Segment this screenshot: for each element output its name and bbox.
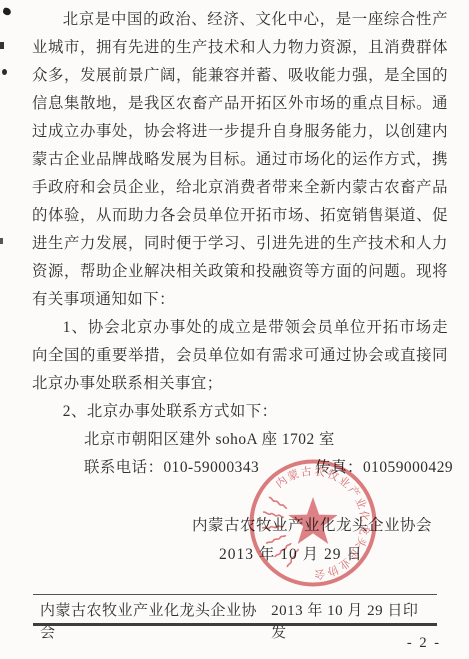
- address-line: 北京市朝阳区建外 sohoA 座 1702 室: [32, 426, 448, 454]
- scan-artifact: [2, 7, 12, 16]
- scan-artifact: [0, 238, 3, 244]
- page-number: - 2 -: [396, 635, 452, 652]
- phone-number: 010-59000343: [163, 459, 259, 476]
- scan-artifact: [2, 69, 7, 75]
- notice-item-1: 1、协会北京办事处的成立是带领会员单位开拓市场走向全国的重要举措，会员单位如有需…: [32, 314, 448, 398]
- seal-mongolian-script: [262, 497, 298, 568]
- footer-rule-bottom: [33, 623, 437, 626]
- contact-line: 联系电话：010-59000343传真：01059000429: [32, 454, 448, 482]
- official-seal: 内蒙古农牧业产业化龙头企业协会: [248, 458, 378, 588]
- notice-item-2: 2、北京办事处联系方式如下：: [32, 398, 448, 426]
- phone-label: 联系电话：: [84, 459, 163, 476]
- footer-rule-top: [33, 594, 437, 595]
- intro-paragraph: 北京是中国的政治、经济、文化中心，是一座综合性产业城市，拥有先进的生产技术和人力…: [32, 6, 448, 314]
- footer-organization: 内蒙古农牧业产业化龙头企业协会: [40, 600, 271, 644]
- scanned-document-page: 北京是中国的政治、经济、文化中心，是一座综合性产业城市，拥有先进的生产技术和人力…: [0, 0, 469, 659]
- document-body: 北京是中国的政治、经济、文化中心，是一座综合性产业城市，拥有先进的生产技术和人力…: [32, 6, 448, 482]
- scan-artifact: [0, 42, 4, 49]
- footer-row: 内蒙古农牧业产业化龙头企业协会 2013 年 10 月 29 日印发: [33, 600, 437, 644]
- seal-star: [288, 497, 337, 544]
